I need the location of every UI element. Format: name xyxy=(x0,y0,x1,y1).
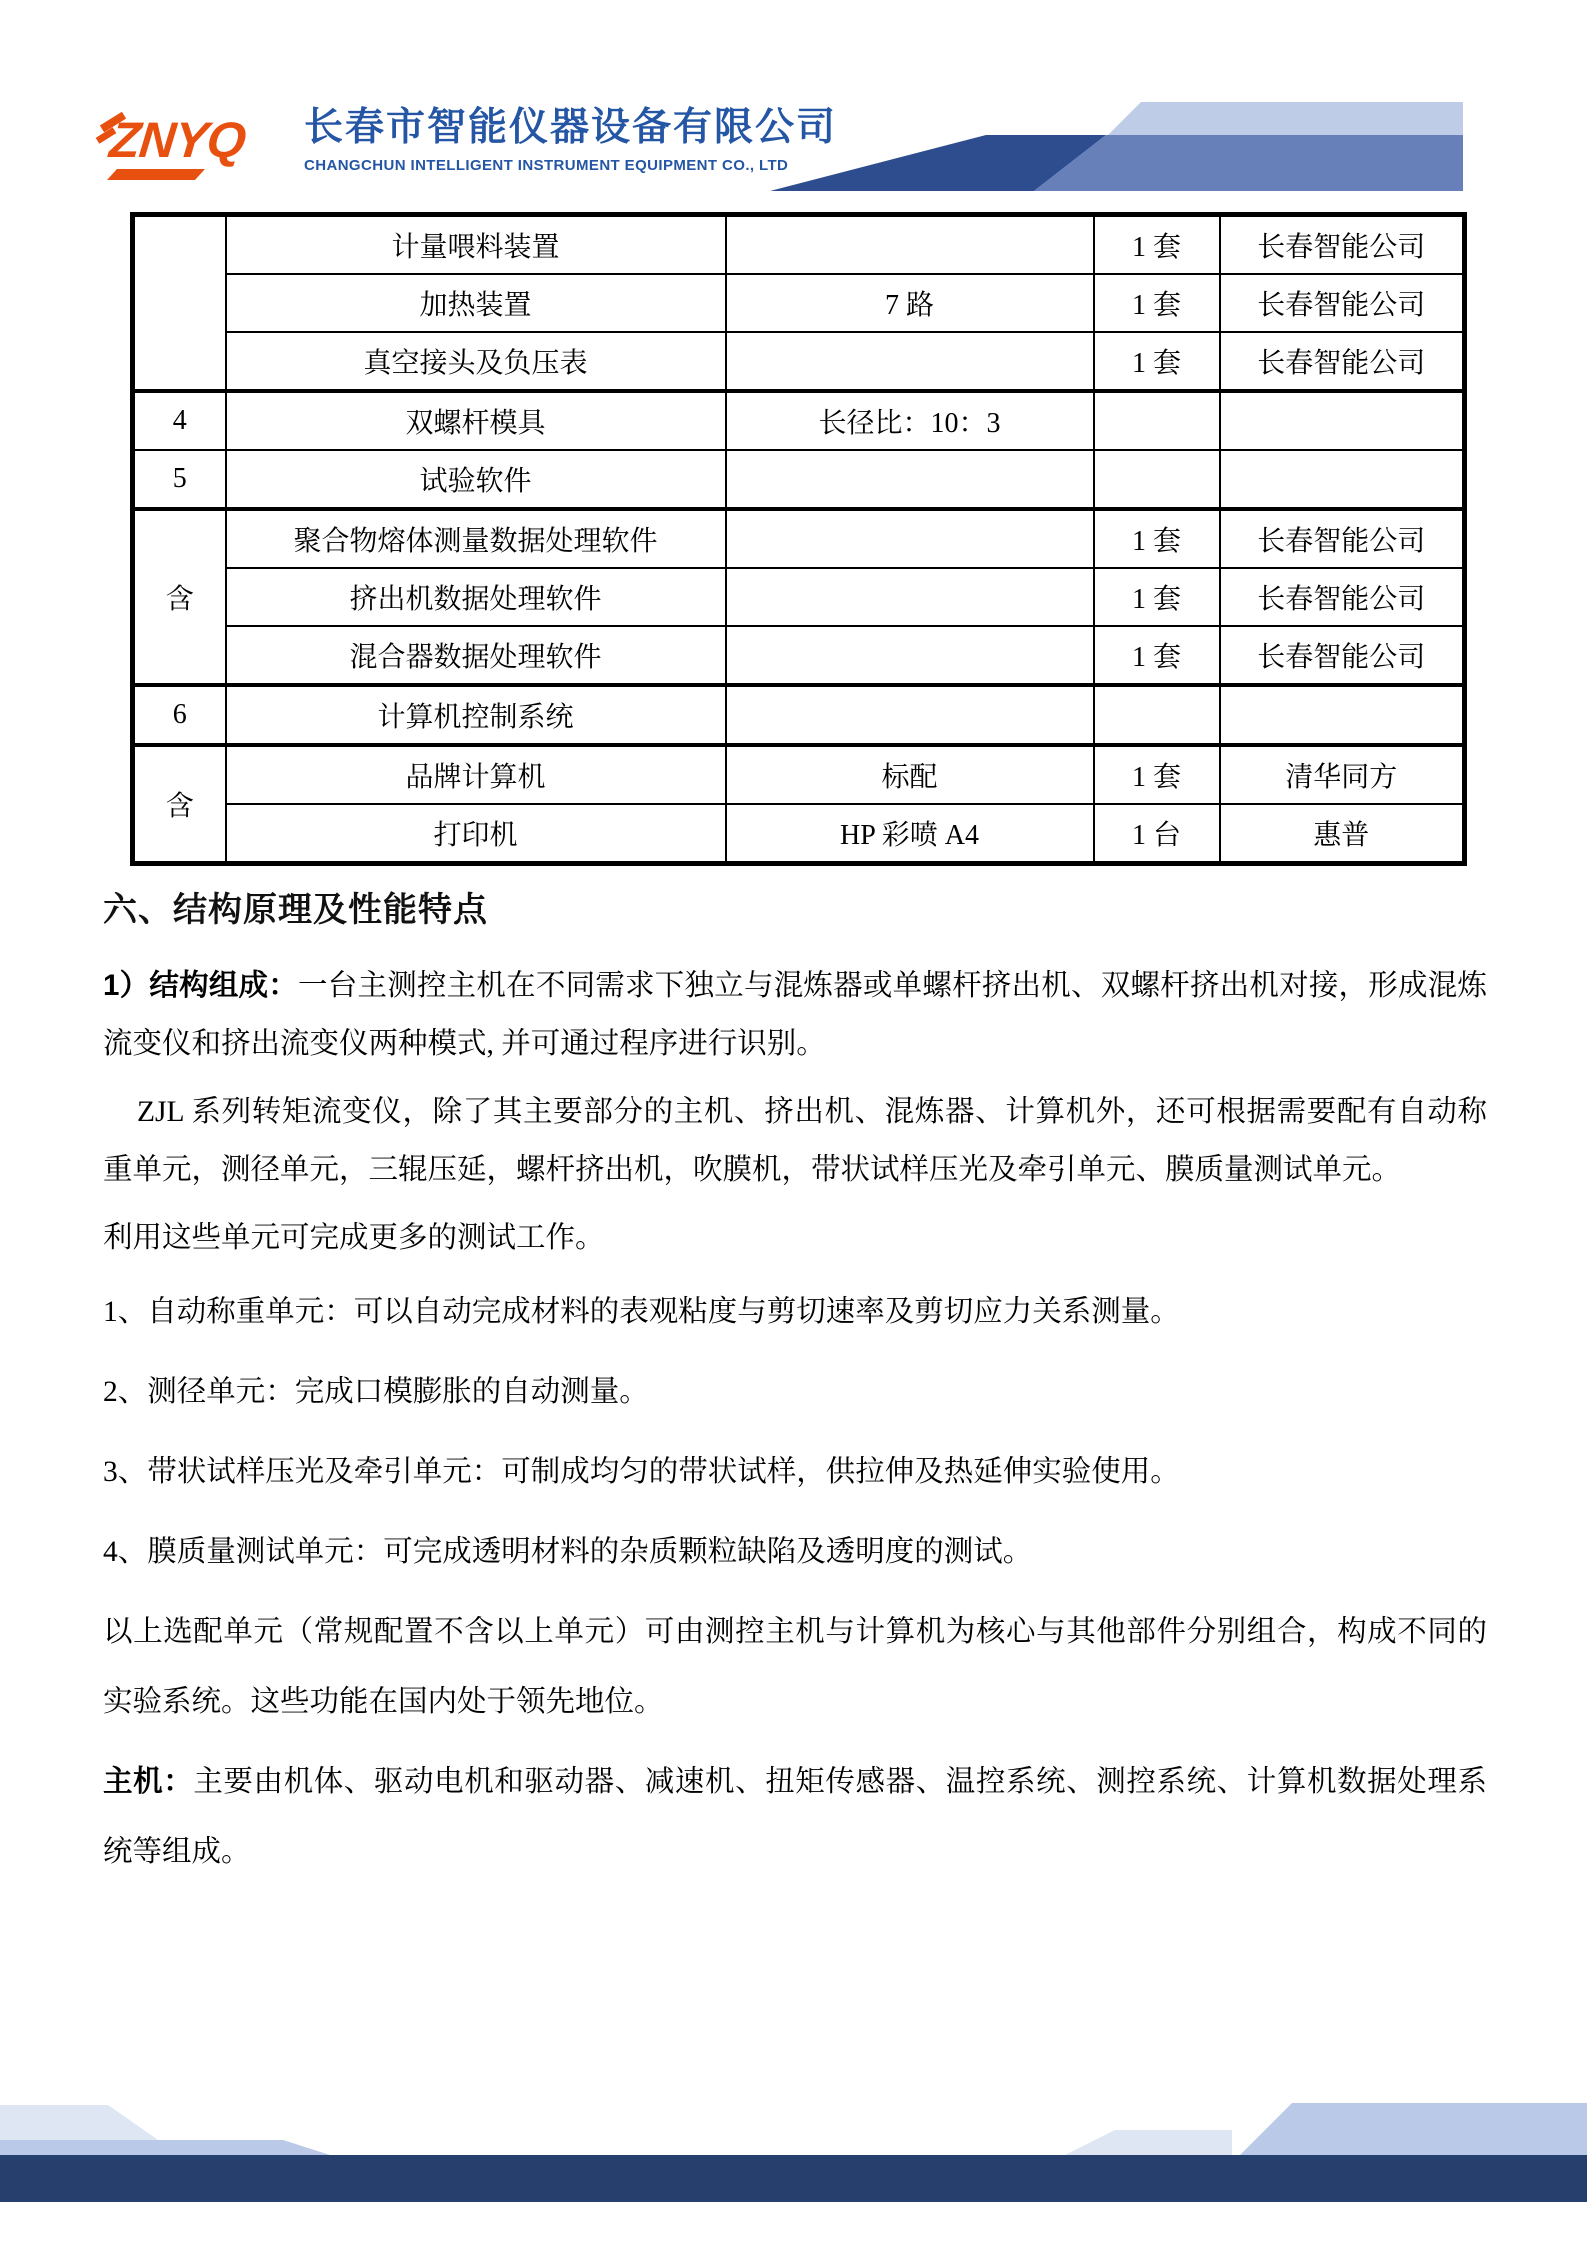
cell-name: 打印机 xyxy=(226,804,726,864)
paragraph-text: 以上选配单元（常规配置不含以上单元）可由测控主机与计算机为核心与其他部件分别组合… xyxy=(103,1616,1487,1718)
table-row: 含 品牌计算机 标配 1 套 清华同方 xyxy=(133,745,1465,804)
table-row: 打印机 HP 彩喷 A4 1 台 惠普 xyxy=(133,804,1465,864)
cell-spec xyxy=(726,332,1094,391)
paragraph-text: ZJL 系列转矩流变仪，除了其主要部分的主机、挤出机、混炼器、计算机外，还可根据… xyxy=(103,1096,1487,1186)
paragraph-lead: 主机： xyxy=(103,1765,193,1798)
logo-text: ZNYQ xyxy=(107,114,290,166)
cell-supplier: 长春智能公司 xyxy=(1220,332,1465,391)
cell-spec xyxy=(726,626,1094,685)
cell-no xyxy=(133,215,226,392)
table-row: 6 计算机控制系统 xyxy=(133,685,1465,745)
paragraph-text: 主要由机体、驱动电机和驱动器、减速机、扭矩传感器、温控系统、测控系统、计算机数据… xyxy=(103,1766,1487,1868)
table-row: 加热装置 7 路 1 套 长春智能公司 xyxy=(133,274,1465,332)
cell-name: 混合器数据处理软件 xyxy=(226,626,726,685)
table-row: 挤出机数据处理软件 1 套 长春智能公司 xyxy=(133,568,1465,626)
section-content: 六、结构原理及性能特点 1）结构组成：一台主测控主机在不同需求下独立与混炼器或单… xyxy=(103,882,1487,1897)
cell-supplier: 长春智能公司 xyxy=(1220,509,1465,568)
cell-qty: 1 套 xyxy=(1094,332,1220,391)
cell-supplier: 惠普 xyxy=(1220,804,1465,864)
paragraph: 1、自动称重单元：可以自动完成材料的表观粘度与剪切速率及剪切应力关系测量。 xyxy=(103,1277,1487,1347)
cell-spec xyxy=(726,509,1094,568)
cell-spec xyxy=(726,450,1094,509)
cell-supplier: 长春智能公司 xyxy=(1220,568,1465,626)
cell-supplier xyxy=(1220,685,1465,745)
cell-supplier: 清华同方 xyxy=(1220,745,1465,804)
section-title: 六、结构原理及性能特点 xyxy=(103,882,1487,931)
cell-qty xyxy=(1094,450,1220,509)
cell-name: 挤出机数据处理软件 xyxy=(226,568,726,626)
cell-spec: 标配 xyxy=(726,745,1094,804)
cell-name: 真空接头及负压表 xyxy=(226,332,726,391)
cell-spec xyxy=(726,568,1094,626)
document-page: ZNYQ 长春市智能仪器设备有限公司 CHANGCHUN INTELLIGENT… xyxy=(0,0,1587,2245)
cell-name: 品牌计算机 xyxy=(226,745,726,804)
footer-band xyxy=(0,2155,1587,2202)
cell-no: 4 xyxy=(133,391,226,450)
table-row: 5 试验软件 xyxy=(133,450,1465,509)
cell-no: 含 xyxy=(133,745,226,864)
logo-underline-icon xyxy=(107,169,205,180)
cell-qty xyxy=(1094,685,1220,745)
paragraph: 1）结构组成：一台主测控主机在不同需求下独立与混炼器或单螺杆挤出机、双螺杆挤出机… xyxy=(103,957,1487,1073)
cell-supplier xyxy=(1220,391,1465,450)
cell-qty: 1 套 xyxy=(1094,215,1220,275)
table-row: 真空接头及负压表 1 套 长春智能公司 xyxy=(133,332,1465,391)
paragraph: ZJL 系列转矩流变仪，除了其主要部分的主机、挤出机、混炼器、计算机外，还可根据… xyxy=(103,1083,1487,1199)
cell-supplier: 长春智能公司 xyxy=(1220,215,1465,275)
cell-supplier: 长春智能公司 xyxy=(1220,626,1465,685)
cell-name: 计算机控制系统 xyxy=(226,685,726,745)
cell-no: 6 xyxy=(133,685,226,745)
cell-qty: 1 套 xyxy=(1094,626,1220,685)
cell-name: 加热装置 xyxy=(226,274,726,332)
cell-qty: 1 套 xyxy=(1094,745,1220,804)
paragraph: 3、带状试样压光及牵引单元：可制成均匀的带状试样，供拉伸及热延伸实验使用。 xyxy=(103,1437,1487,1507)
table-row: 混合器数据处理软件 1 套 长春智能公司 xyxy=(133,626,1465,685)
logo-znyq-mark: ZNYQ xyxy=(110,104,288,186)
paragraph: 2、测径单元：完成口模膨胀的自动测量。 xyxy=(103,1357,1487,1427)
cell-spec: 7 路 xyxy=(726,274,1094,332)
cell-supplier xyxy=(1220,450,1465,509)
cell-name: 双螺杆模具 xyxy=(226,391,726,450)
cell-spec: HP 彩喷 A4 xyxy=(726,804,1094,864)
cell-qty: 1 套 xyxy=(1094,509,1220,568)
paragraph-text: 一台主测控主机在不同需求下独立与混炼器或单螺杆挤出机、双螺杆挤出机对接，形成混炼… xyxy=(103,970,1487,1060)
paragraph: 以上选配单元（常规配置不含以上单元）可由测控主机与计算机为核心与其他部件分别组合… xyxy=(103,1597,1487,1737)
paragraph-text: 2、测径单元：完成口模膨胀的自动测量。 xyxy=(103,1376,649,1408)
paragraph: 4、膜质量测试单元：可完成透明材料的杂质颗粒缺陷及透明度的测试。 xyxy=(103,1517,1487,1587)
cell-qty: 1 套 xyxy=(1094,274,1220,332)
footer-graphic xyxy=(0,2100,1587,2245)
paragraph: 主机：主要由机体、驱动电机和驱动器、减速机、扭矩传感器、温控系统、测控系统、计算… xyxy=(103,1747,1487,1887)
table-row: 计量喂料装置 1 套 长春智能公司 xyxy=(133,215,1465,275)
paragraph-text: 利用这些单元可完成更多的测试工作。 xyxy=(103,1222,605,1254)
cell-qty xyxy=(1094,391,1220,450)
cell-supplier: 长春智能公司 xyxy=(1220,274,1465,332)
cell-qty: 1 台 xyxy=(1094,804,1220,864)
paragraph-text: 3、带状试样压光及牵引单元：可制成均匀的带状试样，供拉伸及热延伸实验使用。 xyxy=(103,1456,1180,1488)
header-banner-graphic xyxy=(758,76,1463,202)
paragraph-lead: 1）结构组成： xyxy=(103,969,298,1002)
cell-spec: 长径比：10：3 xyxy=(726,391,1094,450)
cell-no: 5 xyxy=(133,450,226,509)
cell-no: 含 xyxy=(133,509,226,685)
company-logo: ZNYQ 长春市智能仪器设备有限公司 CHANGCHUN INTELLIGENT… xyxy=(110,104,837,186)
cell-name: 计量喂料装置 xyxy=(226,215,726,275)
paragraph-text: 4、膜质量测试单元：可完成透明材料的杂质颗粒缺陷及透明度的测试。 xyxy=(103,1536,1032,1568)
paragraph-text: 1、自动称重单元：可以自动完成材料的表观粘度与剪切速率及剪切应力关系测量。 xyxy=(103,1296,1180,1328)
cell-qty: 1 套 xyxy=(1094,568,1220,626)
cell-spec xyxy=(726,685,1094,745)
cell-spec xyxy=(726,215,1094,275)
cell-name: 试验软件 xyxy=(226,450,726,509)
equipment-table: 计量喂料装置 1 套 长春智能公司 加热装置 7 路 1 套 长春智能公司 真空… xyxy=(130,212,1467,866)
cell-name: 聚合物熔体测量数据处理软件 xyxy=(226,509,726,568)
paragraph: 利用这些单元可完成更多的测试工作。 xyxy=(103,1209,1487,1267)
table-row: 4 双螺杆模具 长径比：10：3 xyxy=(133,391,1465,450)
table-row: 含 聚合物熔体测量数据处理软件 1 套 长春智能公司 xyxy=(133,509,1465,568)
